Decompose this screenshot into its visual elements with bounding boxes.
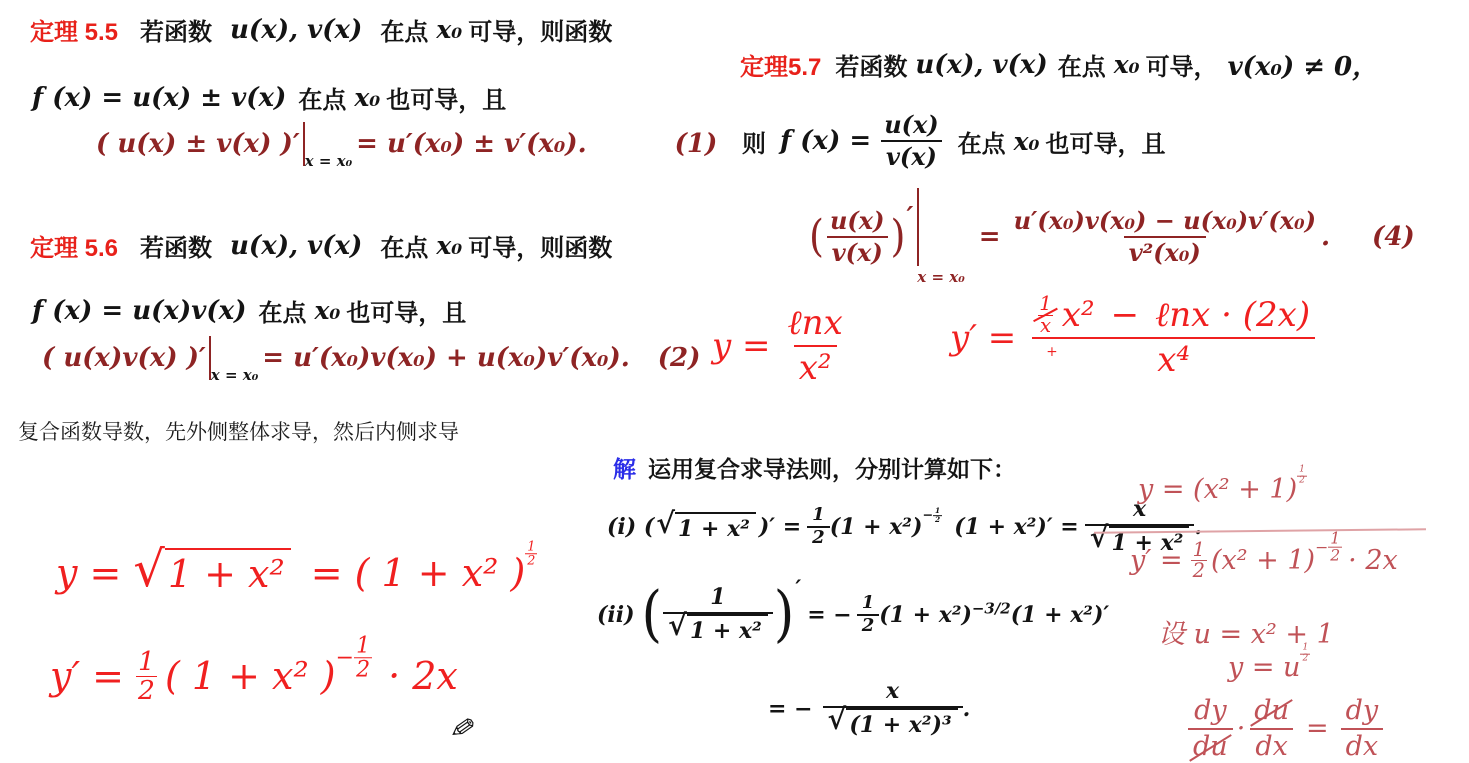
fraction: 1 2 bbox=[1300, 644, 1310, 664]
handwritten-chain-line-1: y = (x² + 1) 1 2 bbox=[1138, 474, 1307, 505]
fraction: u(x) v(x) bbox=[825, 206, 889, 268]
solution-ii-line-2: = − x √ (1 + x²)³ . bbox=[768, 678, 970, 739]
item-tag: (ii) bbox=[597, 602, 635, 628]
fraction: 1 √ 1 + x² bbox=[663, 584, 773, 645]
numerator: x bbox=[881, 678, 904, 706]
formula-1: ( u(x) ± v(x) )′ x = x₀ = u′(x₀) ± v′(x₀… bbox=[96, 122, 717, 166]
solution-i: (i) ( √ 1 + x² )′ = 1 2 (1 + x²) − 1 2 (… bbox=[607, 496, 1202, 557]
theorem-5-6-line-1: 定理 5.6 若函数 u(x), v(x) 在点 x₀ 可导，则函数 bbox=[30, 228, 612, 263]
base-expression: (x² + 1) bbox=[1211, 545, 1315, 576]
chinese-text: 若函数 bbox=[140, 12, 212, 47]
formula-lhs: ( u(x) ± v(x) )′ bbox=[96, 129, 300, 159]
equals-sign: = bbox=[979, 222, 1001, 252]
hw-y-prime-equals: y′ = bbox=[50, 654, 124, 698]
radical-sign: √ bbox=[1090, 523, 1109, 552]
chinese-text: 也可导，且 bbox=[386, 80, 506, 115]
fraction: ℓnx x² bbox=[783, 302, 848, 389]
formula-2: ( u(x)v(x) )′ x = x₀ = u′(x₀)v(x₀) + u(x… bbox=[42, 336, 700, 380]
note-text: 复合函数导数，先外侧整体求导，然后内侧求导 bbox=[18, 416, 459, 446]
math-x0: x₀ bbox=[354, 83, 380, 112]
derivative-factor: (1 + x²)′ bbox=[1011, 602, 1109, 628]
chinese-text: 在点 bbox=[258, 293, 306, 328]
lnx-2x-term: ℓnx · (2x) bbox=[1155, 294, 1310, 337]
theorem-5-5-title: 定理 5.5 bbox=[30, 12, 118, 47]
solution-ii-line-1: (ii) ( 1 √ 1 + x² ) ′ = − 1 2 (1 + x²) −… bbox=[597, 584, 1109, 645]
chinese-text: 在点 bbox=[298, 80, 346, 115]
math-expression: f (x) = bbox=[780, 126, 871, 156]
equals-minus: = − bbox=[768, 696, 813, 722]
evaluation-bar-group: x = x₀ bbox=[917, 188, 964, 286]
theorem-5-7-line-2: 则 f (x) = u(x) v(x) 在点 x₀ 也可导，且 bbox=[742, 98, 1166, 184]
handwritten-y-u-half: y = u 1 2 bbox=[1228, 652, 1310, 683]
dy-du-fraction: dy du bbox=[1188, 694, 1233, 763]
hw-y-u: y = u bbox=[1228, 652, 1300, 683]
exponent-minus-three-halves: −3/2 bbox=[972, 599, 1011, 617]
formula-tag: (2) bbox=[658, 343, 701, 373]
minus-sign: − bbox=[1315, 538, 1328, 557]
numerator: 1 bbox=[1297, 466, 1307, 476]
math-expression: u(x), v(x) bbox=[230, 231, 362, 261]
sqrt-radical: √ 1 + x² bbox=[668, 614, 768, 646]
exponent-one-half: 1 2 bbox=[525, 540, 537, 568]
fraction: 1 2 bbox=[354, 634, 372, 681]
item-tag: (i) ( bbox=[607, 514, 654, 540]
chinese-text: 在点 bbox=[1058, 47, 1106, 82]
minus-sign: − bbox=[922, 508, 933, 523]
denominator: 2 bbox=[1328, 547, 1342, 564]
sqrt-radical: √ (1 + x²)³ bbox=[828, 708, 958, 740]
radical-sign: √ bbox=[828, 705, 847, 734]
math-x0: x₀ bbox=[436, 15, 462, 44]
fraction: 1 2 bbox=[1328, 531, 1342, 565]
handwritten-sqrt-line-2: y′ = 1 2 ( 1 + x² ) − 1 2 · 2x bbox=[50, 648, 458, 705]
fraction: 1 2 bbox=[525, 540, 537, 568]
result-fraction: x √ (1 + x²)³ bbox=[823, 678, 963, 739]
radicand: 1 + x² bbox=[675, 512, 756, 542]
formula-4: ( u(x) v(x) ) ′ x = x₀ = u′(x₀)v(x₀) − u… bbox=[808, 188, 1415, 286]
handwritten-chain-line-2: y′ = 1 2 (x² + 1) − 1 2 · 2x bbox=[1130, 540, 1398, 582]
base-expression: (1 + x²) bbox=[830, 514, 923, 540]
x-squared-term: x² bbox=[1062, 294, 1095, 337]
numerator: 1 bbox=[857, 593, 880, 614]
theorem-5-6-line-2: f (x) = u(x)v(x) 在点 x₀ 也可导，且 bbox=[32, 293, 466, 328]
middle-expression: (1 + x²)′ = bbox=[954, 514, 1079, 540]
radicand: (1 + x²)³ bbox=[846, 708, 957, 740]
close-prime-equals: )′ = bbox=[759, 514, 801, 540]
numerator: 1 bbox=[807, 505, 830, 526]
denominator: 2 bbox=[1297, 476, 1307, 487]
numerator: 1 bbox=[1191, 540, 1207, 560]
close-paren: ) bbox=[773, 587, 796, 642]
numerator: 1 x x² − ℓnx · (2x) bbox=[1032, 294, 1315, 337]
evaluation-subscript: x = x₀ bbox=[211, 366, 258, 384]
numerator: du bbox=[1249, 694, 1294, 728]
base-expression: ( 1 + x² ) bbox=[165, 654, 336, 698]
chinese-text: 在点 bbox=[380, 12, 428, 47]
chinese-text: 若函数 bbox=[835, 47, 907, 82]
numerator: 1 bbox=[354, 634, 372, 657]
period: . bbox=[1321, 222, 1330, 252]
equals-minus: = − bbox=[807, 602, 852, 628]
denominator: 2 bbox=[1300, 654, 1310, 665]
dy-dx-fraction: dy dx bbox=[1341, 694, 1384, 763]
chinese-text: 可导，则函数 bbox=[468, 228, 612, 263]
times-2x: · 2x bbox=[388, 654, 458, 698]
theorem-5-5-line-2: f (x) = u(x) ± v(x) 在点 x₀ 也可导，且 bbox=[32, 80, 506, 115]
denominator: + x⁴ bbox=[1032, 337, 1315, 382]
fraction: u′(x₀)v(x₀) − u(x₀)v′(x₀) v²(x₀) bbox=[1009, 206, 1321, 268]
sqrt-radical: √ 1 + x² bbox=[656, 512, 756, 542]
numerator: 1 bbox=[1037, 294, 1054, 315]
base-expression: (1 + x²) bbox=[879, 602, 972, 628]
handwritten-sqrt-line-1: y = √ 1 + x² = ( 1 + x² ) 1 2 bbox=[56, 548, 537, 597]
theorem-5-5-line-1: 定理 5.5 若函数 u(x), v(x) 在点 x₀ 可导，则函数 bbox=[30, 12, 612, 47]
denominator: 2 bbox=[525, 553, 537, 567]
numerator: u′(x₀)v(x₀) − u(x₀)v′(x₀) bbox=[1009, 206, 1321, 236]
denominator: v(x) bbox=[827, 236, 888, 268]
math-x0: x₀ bbox=[314, 296, 340, 325]
denominator: x bbox=[1038, 315, 1053, 337]
one-half-coefficient: 1 2 bbox=[1191, 540, 1207, 582]
math-condition: v(x₀) ≠ 0， bbox=[1228, 46, 1379, 83]
hw-y-prime-equals: y′ = bbox=[1130, 545, 1183, 576]
denominator: du bbox=[1188, 728, 1233, 763]
times-2x: · 2x bbox=[1348, 545, 1398, 576]
hw-y-equals: y = bbox=[712, 326, 771, 366]
solution-label: 解 bbox=[613, 451, 636, 484]
formula-rhs: = u′(x₀)v(x₀) + u(x₀)v′(x₀). bbox=[262, 343, 629, 373]
theorem-5-6-title: 定理 5.6 bbox=[30, 228, 118, 263]
hw-y-equals: y = bbox=[56, 551, 121, 595]
one-half-coefficient: 1 2 bbox=[857, 593, 880, 637]
pen-cursor-icon: ✎ bbox=[450, 712, 475, 747]
evaluation-subscript: x = x₀ bbox=[917, 268, 964, 286]
fraction: 1 2 bbox=[933, 507, 942, 524]
math-expression: u(x), v(x) bbox=[230, 15, 362, 45]
math-expression: u(x), v(x) bbox=[915, 50, 1047, 80]
math-x0: x₀ bbox=[436, 231, 462, 260]
handwritten-chain-rule: dy du · du dx = dy dx bbox=[1188, 694, 1383, 763]
numerator: 1 bbox=[136, 648, 157, 676]
denominator: v²(x₀) bbox=[1124, 236, 1206, 268]
sqrt-radical: √ 1 + x² bbox=[133, 548, 290, 597]
fraction: u(x) v(x) bbox=[879, 110, 943, 172]
formula-tag: (1) bbox=[675, 129, 718, 159]
minus-sign: − bbox=[1111, 294, 1140, 337]
period: . bbox=[1194, 514, 1202, 540]
formula-tag: (4) bbox=[1372, 222, 1415, 252]
denominator: 2 bbox=[136, 676, 157, 705]
numerator: u(x) bbox=[879, 110, 943, 140]
evaluation-bar bbox=[917, 188, 919, 266]
du-dx-fraction: du dx bbox=[1249, 694, 1294, 763]
prime-mark: ′ bbox=[906, 202, 913, 232]
numerator: ℓnx bbox=[783, 302, 848, 345]
numerator: 1 bbox=[525, 540, 537, 553]
open-paren: ( bbox=[808, 217, 825, 257]
exponent-minus-half: − 1 2 bbox=[922, 507, 942, 524]
chinese-text: 在点 bbox=[380, 228, 428, 263]
radical-sign: √ bbox=[656, 509, 675, 538]
denominator: 2 bbox=[857, 614, 880, 637]
denominator: dx bbox=[1341, 728, 1384, 763]
evaluation-subscript: x = x₀ bbox=[305, 152, 352, 170]
exponent-one-half: 1 2 bbox=[1297, 466, 1307, 486]
radicand: 1 + x² bbox=[687, 614, 768, 646]
numerator: 1 bbox=[705, 584, 730, 612]
exponent-minus-half: − 1 2 bbox=[1315, 531, 1342, 565]
radical-sign: √ bbox=[133, 545, 164, 594]
prime-mark: ′ bbox=[795, 576, 801, 602]
theorem-5-7-title: 定理5.7 bbox=[740, 47, 821, 82]
period: . bbox=[963, 696, 971, 722]
chinese-text: 则 bbox=[742, 124, 766, 159]
close-paren: ) bbox=[889, 217, 906, 257]
radical-sign: √ bbox=[668, 611, 687, 640]
denominator: x² bbox=[794, 345, 837, 390]
chinese-text: 若函数 bbox=[140, 228, 212, 263]
one-over-x-crossed: 1 x bbox=[1037, 294, 1054, 336]
fraction: 1 x x² − ℓnx · (2x) + x⁴ bbox=[1032, 294, 1315, 381]
denominator: √ 1 + x² bbox=[663, 612, 773, 646]
equals-power-form: = ( 1 + x² ) bbox=[311, 551, 526, 595]
math-x0: x₀ bbox=[1014, 127, 1040, 156]
dot-operator: · bbox=[1237, 713, 1246, 744]
numerator: dy bbox=[1341, 694, 1384, 728]
solution-header: 解 运用复合求导法则，分别计算如下： bbox=[613, 451, 1016, 484]
chinese-text: 在点 bbox=[958, 124, 1006, 159]
one-half-coefficient: 1 2 bbox=[807, 505, 830, 549]
chinese-text: 也可导，且 bbox=[346, 293, 466, 328]
numerator: dy bbox=[1189, 694, 1232, 728]
composite-derivative-note: 复合函数导数，先外侧整体求导，然后内侧求导 bbox=[18, 416, 459, 446]
numerator: u(x) bbox=[825, 206, 889, 236]
formula-lhs: ( u(x)v(x) )′ bbox=[42, 343, 206, 373]
pen-glyph: ✎ bbox=[447, 710, 478, 749]
hw-power-form: y = (x² + 1) bbox=[1138, 474, 1297, 505]
denominator: 2 bbox=[933, 515, 942, 524]
fraction: 1 2 bbox=[1297, 466, 1307, 486]
exponent-minus-half: − 1 2 bbox=[336, 634, 373, 681]
numerator: 1 bbox=[933, 507, 942, 515]
open-paren: ( bbox=[641, 587, 664, 642]
denominator: 2 bbox=[807, 526, 830, 549]
equals-sign: = bbox=[1306, 713, 1329, 744]
lecture-slide: 定理 5.5 若函数 u(x), v(x) 在点 x₀ 可导，则函数 f (x)… bbox=[0, 0, 1469, 763]
formula-rhs: = u′(x₀) ± v′(x₀). bbox=[356, 129, 586, 159]
math-expression: f (x) = u(x)v(x) bbox=[32, 296, 246, 326]
chinese-text: 可导， bbox=[1146, 47, 1218, 82]
denominator: dx bbox=[1250, 728, 1293, 763]
stray-plus-mark: + bbox=[1046, 344, 1057, 361]
minus-sign: − bbox=[336, 645, 354, 670]
denominator: 2 bbox=[1191, 560, 1207, 581]
exponent-one-half: 1 2 bbox=[1300, 644, 1310, 664]
denominator: √ (1 + x²)³ bbox=[823, 706, 963, 740]
theorem-5-7-line-1: 定理5.7 若函数 u(x), v(x) 在点 x₀ 可导， v(x₀) ≠ 0… bbox=[740, 46, 1378, 83]
solution-header-text: 运用复合求导法则，分别计算如下： bbox=[648, 451, 1016, 484]
x-fourth-term: x⁴ bbox=[1157, 340, 1190, 380]
denominator: 2 bbox=[354, 657, 372, 681]
chinese-text: 也可导，且 bbox=[1046, 124, 1166, 159]
hw-y-prime-equals: y′ = bbox=[950, 318, 1016, 358]
one-half-coefficient: 1 2 bbox=[136, 648, 157, 705]
math-x0: x₀ bbox=[1114, 50, 1140, 79]
handwritten-y-lnx: y = ℓnx x² bbox=[712, 302, 848, 389]
math-expression: f (x) = u(x) ± v(x) bbox=[32, 83, 286, 113]
radicand: 1 + x² bbox=[165, 548, 291, 596]
denominator: v(x) bbox=[881, 140, 942, 172]
handwritten-y-prime-quotient: y′ = 1 x x² − ℓnx · (2x) + x⁴ bbox=[950, 294, 1315, 381]
numerator: 1 bbox=[1300, 644, 1310, 654]
numerator: 1 bbox=[1328, 531, 1342, 547]
chinese-text: 可导，则函数 bbox=[468, 12, 612, 47]
